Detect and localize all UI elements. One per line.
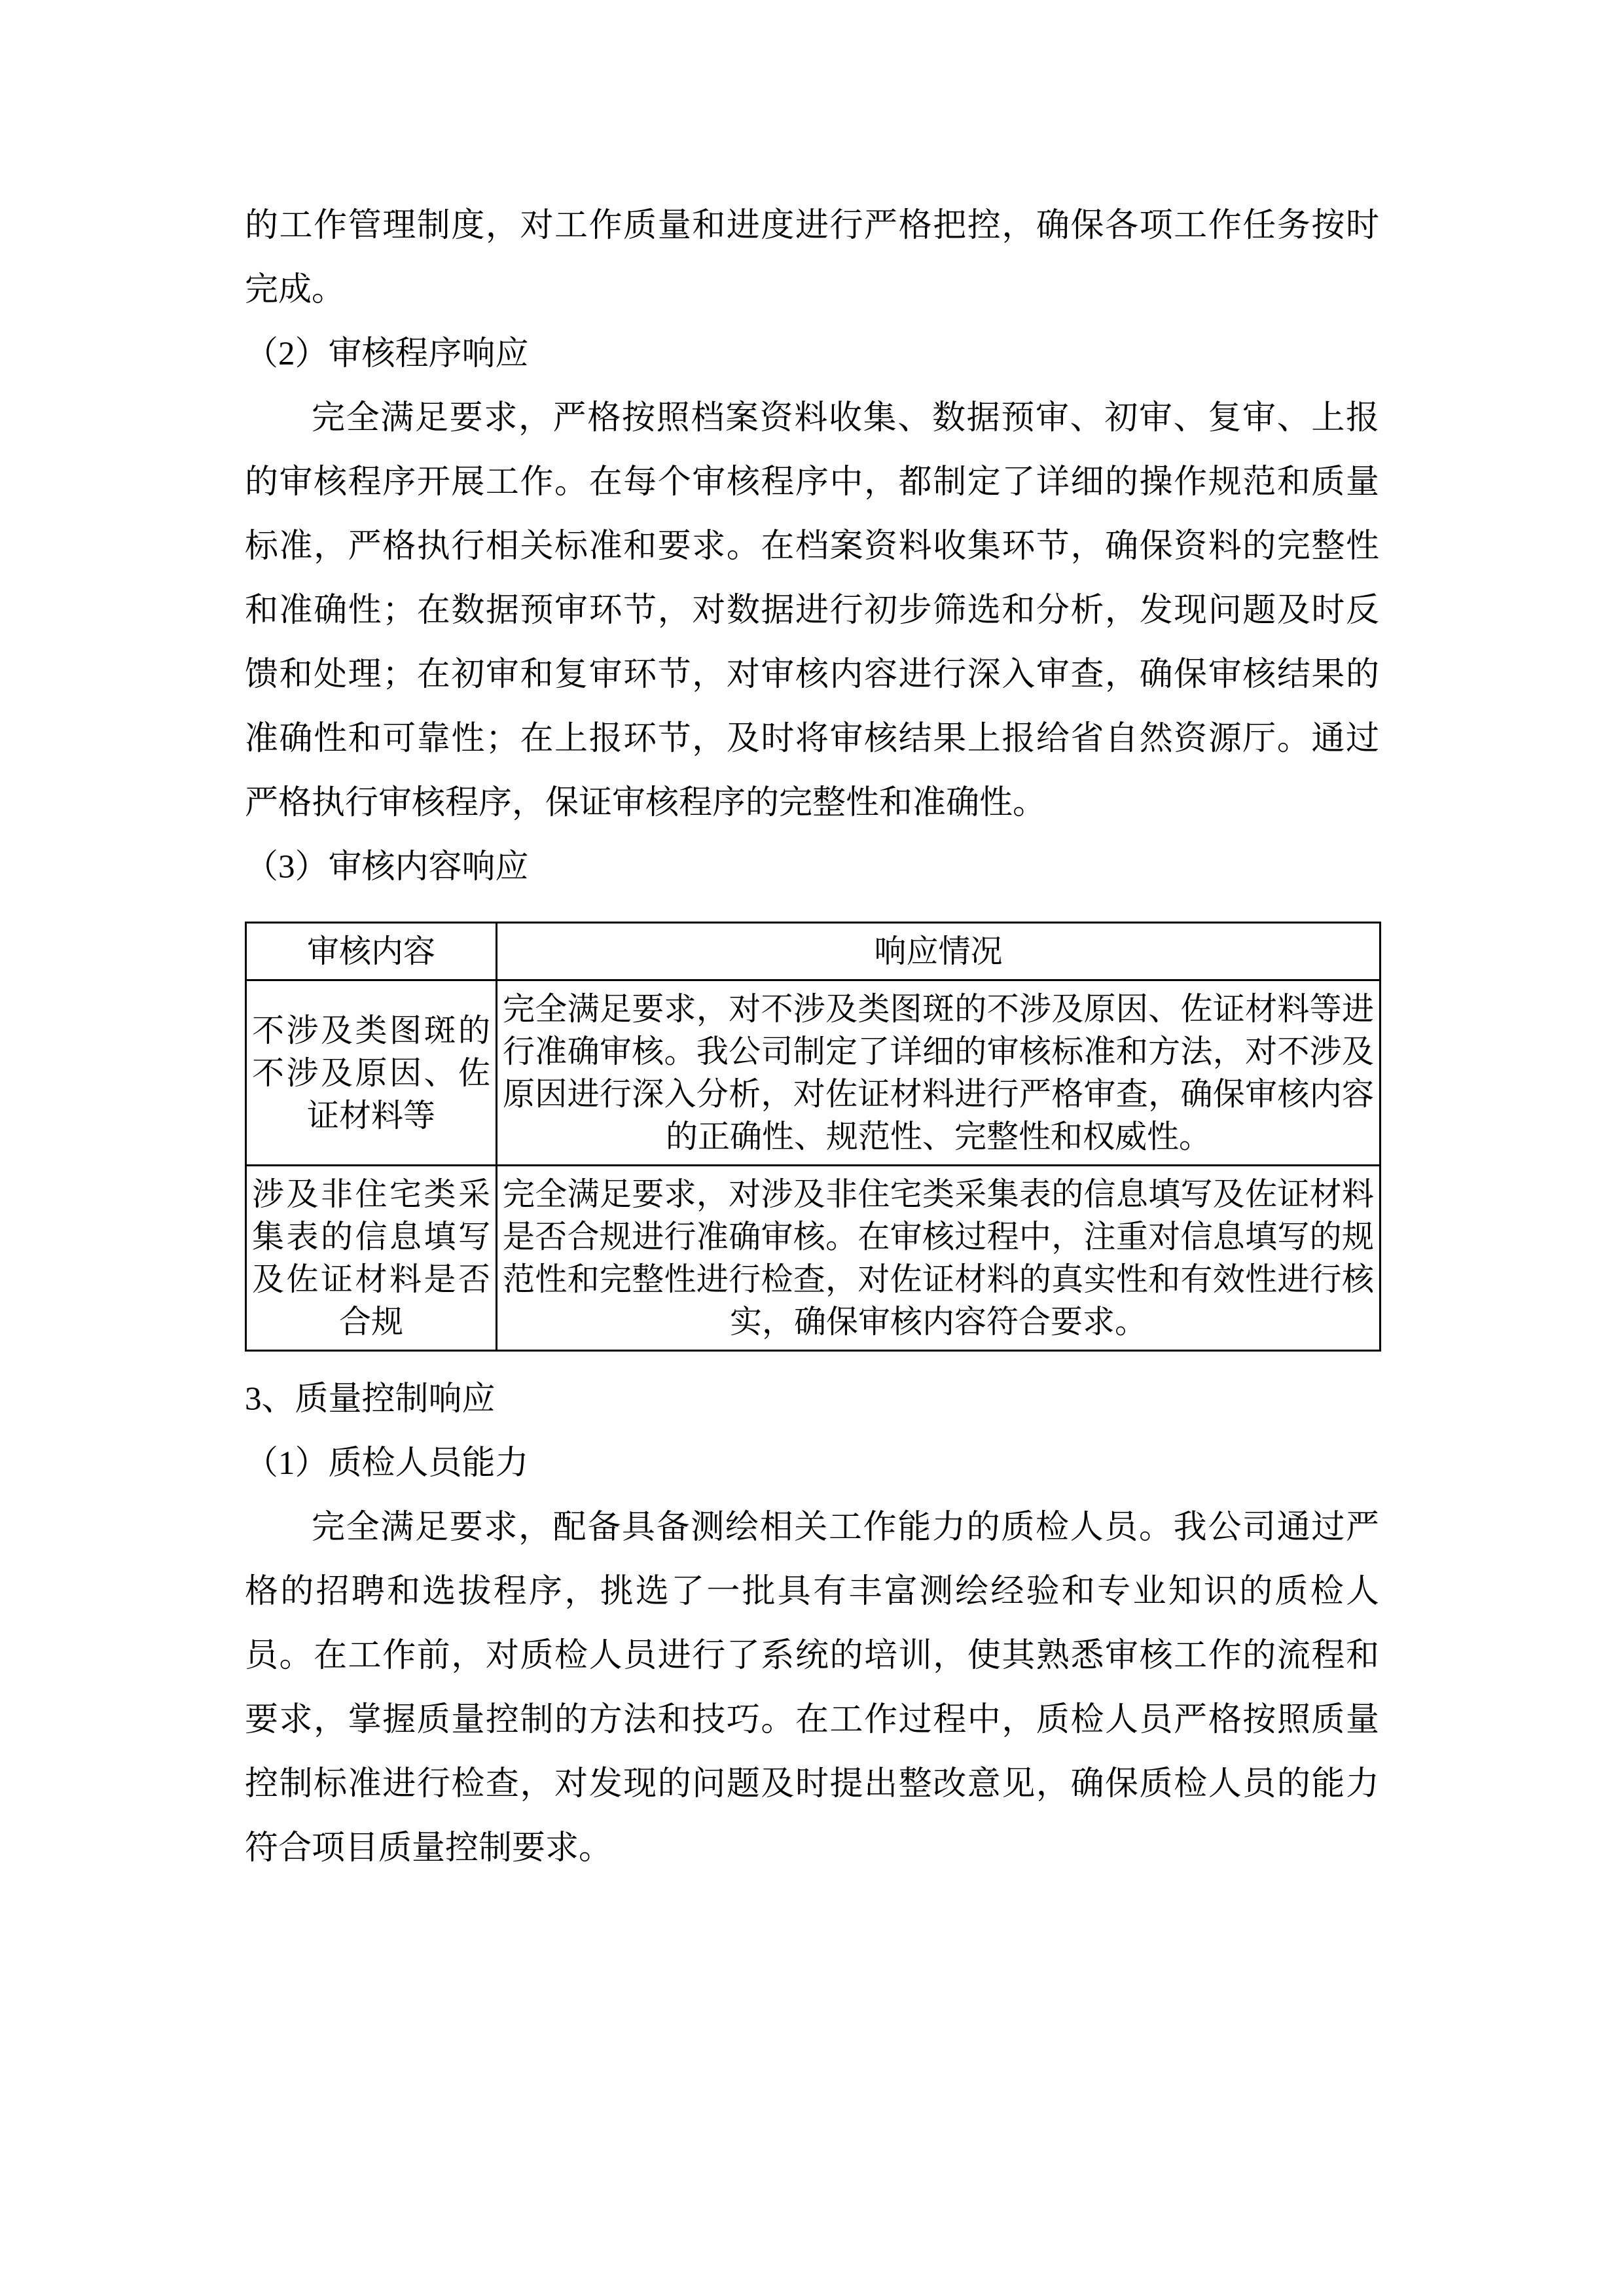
page-content: 的工作管理制度，对工作质量和进度进行严格把控，确保各项工作任务按时完成。 （2）… [245,0,1379,1880]
paragraph-qc-staff-ability: 完全满足要求，配备具备测绘相关工作能力的质检人员。我公司通过严格的招聘和选拔程序… [245,1496,1379,1880]
table-row: 涉及非住宅类采集表的信息填写及佐证材料是否合规 完全满足要求，对涉及非住宅类采集… [246,1166,1380,1351]
table-header-response: 响应情况 [497,923,1380,980]
table-cell-response-2: 完全满足要求，对涉及非住宅类采集表的信息填写及佐证材料是否合规进行准确审核。在审… [497,1166,1380,1351]
document-page: 的工作管理制度，对工作质量和进度进行严格把控，确保各项工作任务按时完成。 （2）… [0,0,1624,2296]
table-row: 不涉及类图斑的不涉及原因、佐证材料等 完全满足要求，对不涉及类图斑的不涉及原因、… [246,980,1380,1166]
table-header-row: 审核内容 响应情况 [246,923,1380,980]
heading-audit-content-response: （3）审核内容响应 [245,835,1379,899]
paragraph-work-management: 的工作管理制度，对工作质量和进度进行严格把控，确保各项工作任务按时完成。 [245,194,1379,322]
paragraph-audit-procedure-response: 完全满足要求，严格按照档案资料收集、数据预审、初审、复审、上报的审核程序开展工作… [245,386,1379,835]
heading-qc-staff-ability: （1）质检人员能力 [245,1431,1379,1496]
table-cell-audit-content-2: 涉及非住宅类采集表的信息填写及佐证材料是否合规 [246,1166,497,1351]
table-cell-audit-content-1: 不涉及类图斑的不涉及原因、佐证材料等 [246,980,497,1166]
audit-content-table: 审核内容 响应情况 不涉及类图斑的不涉及原因、佐证材料等 完全满足要求，对不涉及… [245,922,1381,1352]
heading-audit-procedure-response: （2）审核程序响应 [245,322,1379,386]
heading-quality-control-response: 3、质量控制响应 [245,1367,1379,1431]
table-cell-response-1: 完全满足要求，对不涉及类图斑的不涉及原因、佐证材料等进行准确审核。我公司制定了详… [497,980,1380,1166]
table-header-audit-content: 审核内容 [246,923,497,980]
